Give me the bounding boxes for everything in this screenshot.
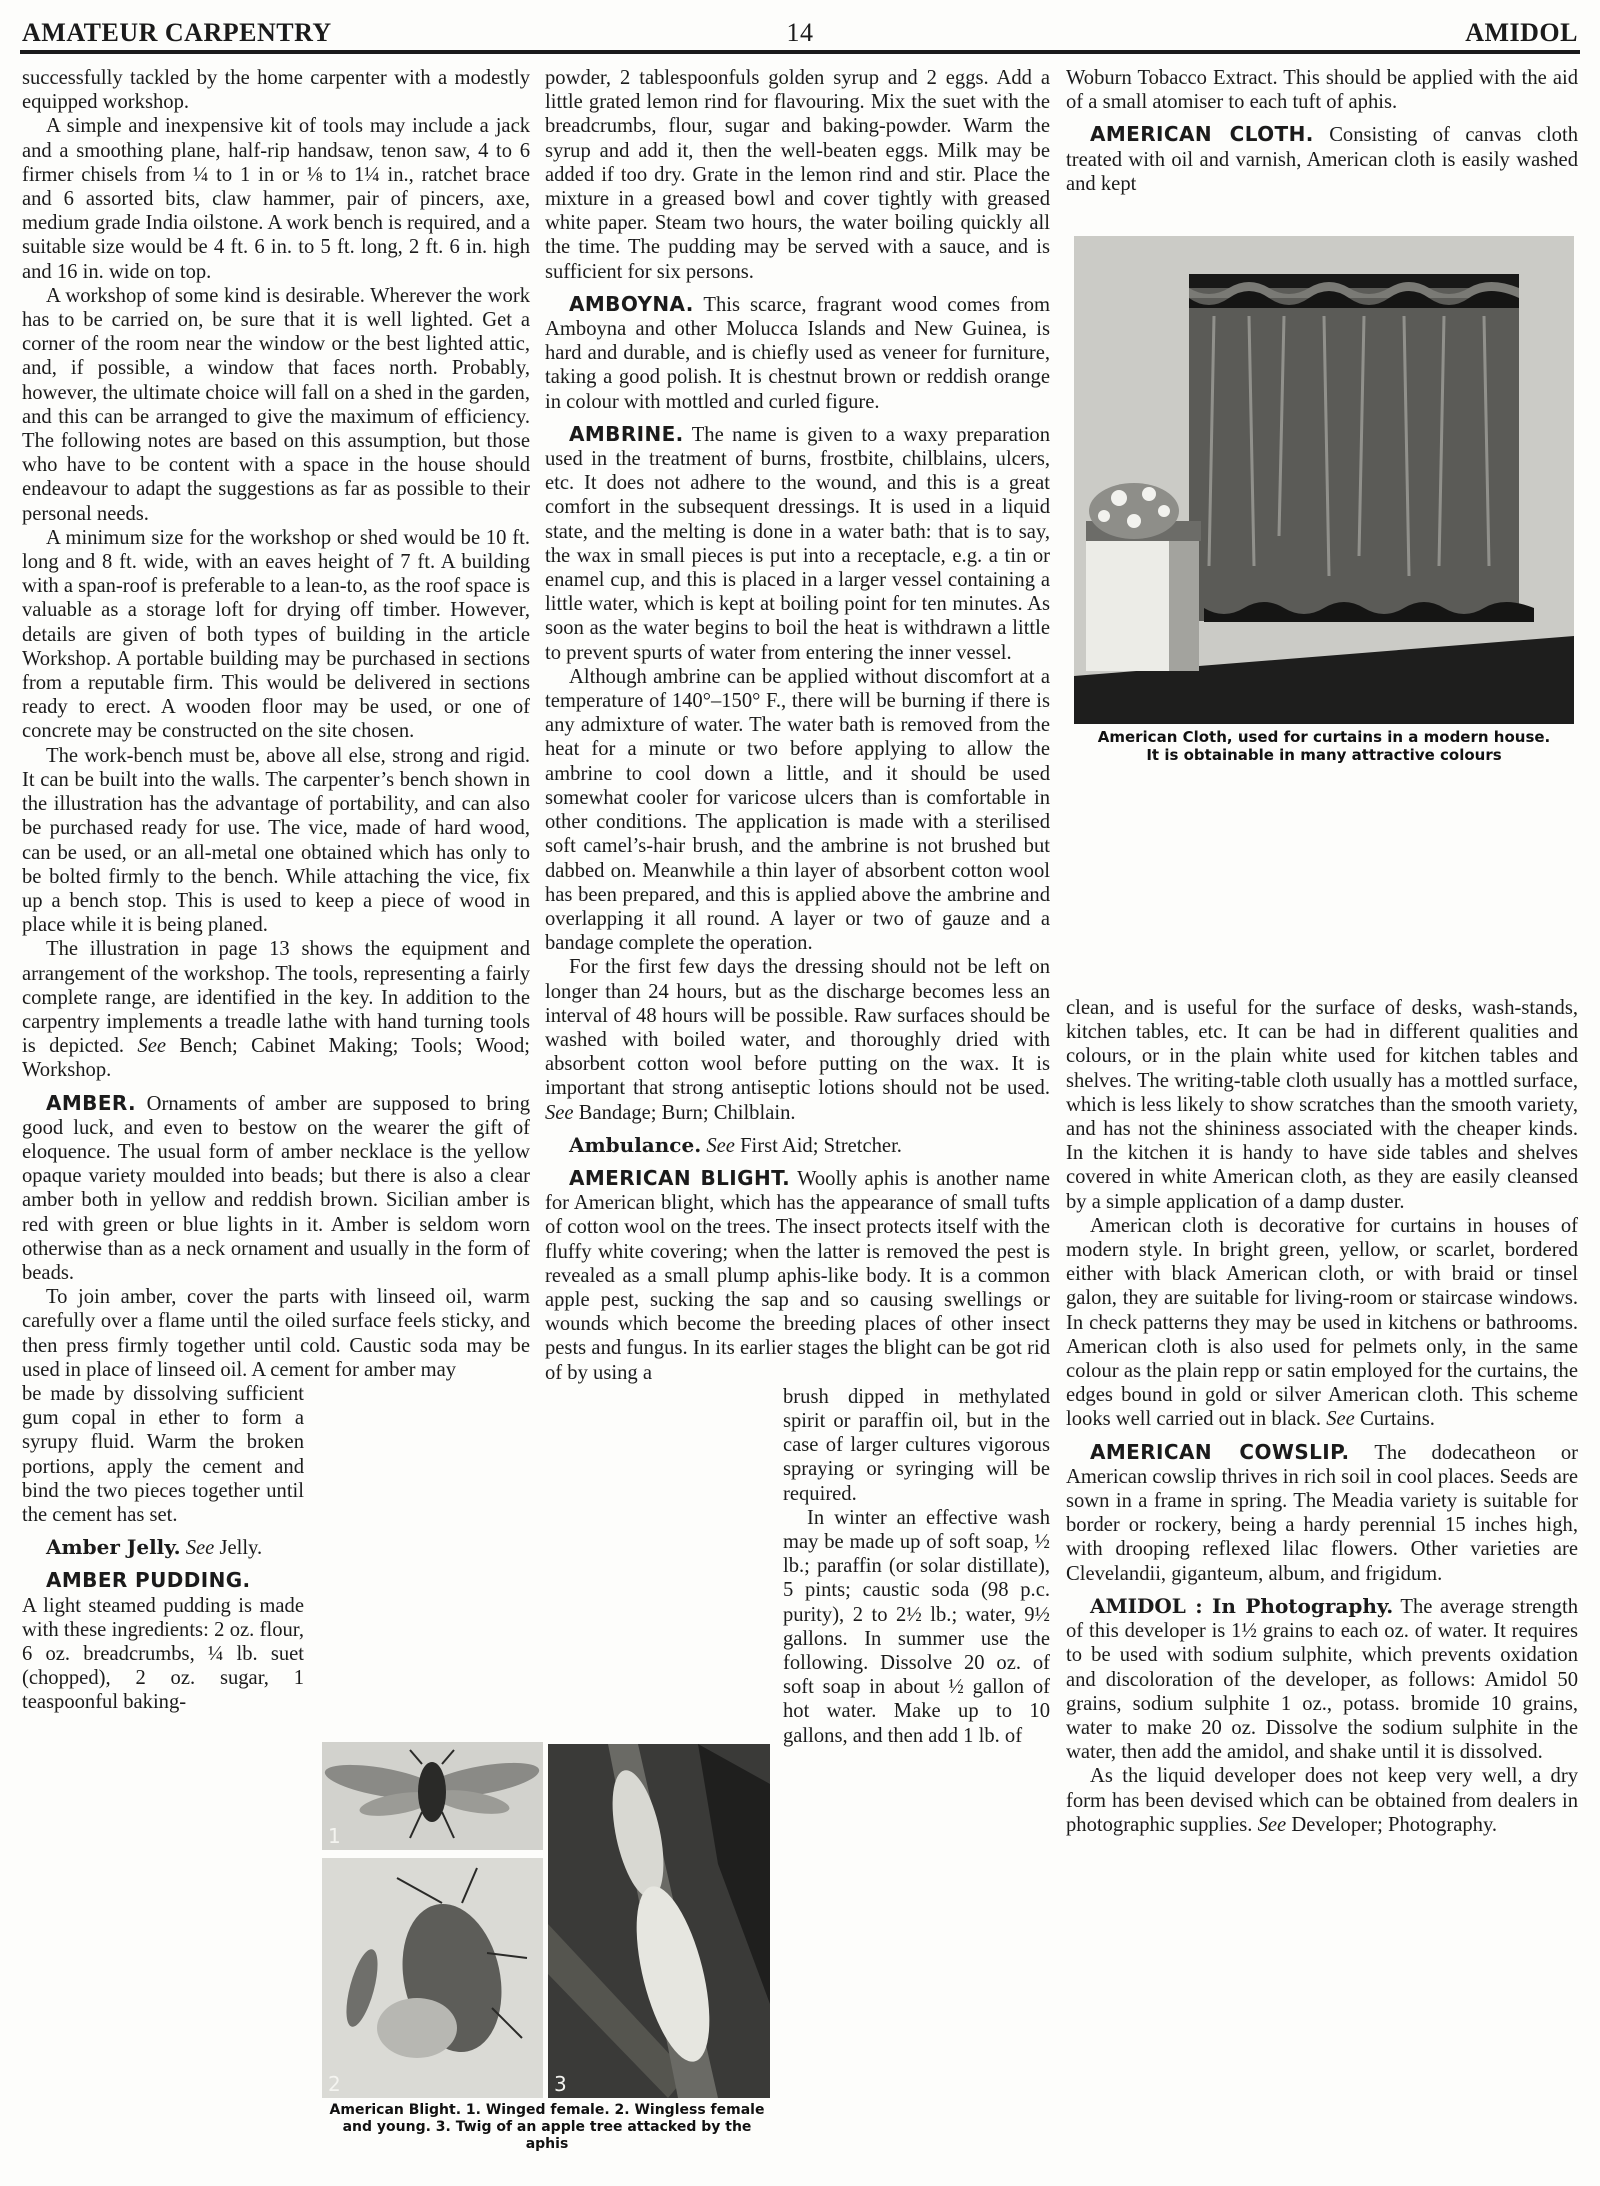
headword: AMBOYNA. bbox=[569, 292, 694, 316]
paragraph: The illustration in page 13 shows the eq… bbox=[22, 937, 530, 1082]
header-rule bbox=[20, 50, 1580, 54]
running-head-right: AMIDOL bbox=[1465, 18, 1578, 48]
wrapped-text: be made by dissolving sufficient gum cop… bbox=[22, 1382, 304, 1715]
entry-amber: AMBER. Ornaments of amber are supposed t… bbox=[22, 1091, 530, 1286]
paragraph: The work-bench must be, above all else, … bbox=[22, 744, 530, 938]
headword: AMERICAN BLIGHT. bbox=[569, 1166, 790, 1190]
entry-amber-pudding: AMBER PUDDING. bbox=[22, 1568, 304, 1593]
entry-american-cloth: AMERICAN CLOTH. Consisting of canvas clo… bbox=[1066, 122, 1578, 196]
paragraph: successfully tackled by the home carpent… bbox=[22, 66, 530, 114]
running-head-left: AMATEUR CARPENTRY bbox=[22, 18, 332, 48]
curtain-photo bbox=[1074, 236, 1574, 724]
column-1: successfully tackled by the home carpent… bbox=[22, 66, 530, 1715]
headword: AMBER. bbox=[46, 1091, 136, 1115]
paragraph: To join amber, cover the parts with lins… bbox=[22, 1285, 530, 1382]
panel-label: 3 bbox=[554, 2072, 567, 2096]
paragraph: powder, 2 tablespoonfuls golden syrup an… bbox=[545, 66, 1050, 284]
apple-twig-photo: 3 bbox=[548, 1744, 770, 2098]
entry-amboyna: AMBOYNA. This scarce, fragrant wood come… bbox=[545, 292, 1050, 414]
see-reference: See bbox=[137, 1035, 166, 1057]
page-number: 14 bbox=[787, 18, 814, 48]
panel-label: 2 bbox=[328, 2072, 341, 2096]
entry-american-blight: AMERICAN BLIGHT. Woolly aphis is another… bbox=[545, 1166, 1050, 1385]
paragraph: A minimum size for the workshop or shed … bbox=[22, 526, 530, 744]
headword: AMIDOL : In Photography. bbox=[1090, 1594, 1393, 1618]
figure-american-blight: 1 2 3 bbox=[322, 1742, 772, 2153]
paragraph: For the first few days the dressing shou… bbox=[545, 955, 1050, 1124]
headword: AMERICAN CLOTH. bbox=[1090, 122, 1314, 146]
headword: Amber Jelly. bbox=[46, 1535, 181, 1559]
running-head: AMATEUR CARPENTRY 14 AMIDOL bbox=[22, 12, 1578, 48]
entry-ambulance: Ambulance. See First Aid; Stretcher. bbox=[545, 1133, 1050, 1158]
entry-american-cowslip: AMERICAN COWSLIP. The dodecatheon or Ame… bbox=[1066, 1440, 1578, 1586]
paragraph: Although ambrine can be applied without … bbox=[545, 665, 1050, 955]
winged-aphis-photo: 1 bbox=[322, 1742, 543, 1850]
paragraph: be made by dissolving sufficient gum cop… bbox=[22, 1382, 304, 1527]
panel-label: 1 bbox=[328, 1824, 341, 1848]
paragraph: As the liquid developer does not keep ve… bbox=[1066, 1764, 1578, 1837]
paragraph: brush dipped in methylated spirit or par… bbox=[783, 1385, 1050, 1506]
entry-amidol: AMIDOL : In Photography. The average str… bbox=[1066, 1594, 1578, 1764]
wrapped-text: brush dipped in methylated spirit or par… bbox=[783, 1385, 1050, 1748]
paragraph: clean, and is useful for the surface of … bbox=[1066, 996, 1578, 1214]
wingless-aphis-photo: 2 bbox=[322, 1858, 543, 2098]
figure-caption: American Blight. 1. Winged female. 2. Wi… bbox=[322, 2102, 772, 2153]
paragraph: A simple and inexpensive kit of tools ma… bbox=[22, 114, 530, 283]
paragraph: A workshop of some kind is desirable. Wh… bbox=[22, 284, 530, 526]
headword: AMERICAN COWSLIP. bbox=[1090, 1440, 1350, 1464]
paragraph: Woburn Tobacco Extract. This should be a… bbox=[1066, 66, 1578, 114]
entry-ambrine: AMBRINE. The name is given to a waxy pre… bbox=[545, 422, 1050, 665]
entry-amber-jelly: Amber Jelly. See Jelly. bbox=[22, 1535, 304, 1560]
figure-american-cloth: American Cloth, used for curtains in a m… bbox=[1068, 236, 1580, 764]
headword: AMBRINE. bbox=[569, 422, 684, 446]
paragraph: American cloth is decorative for curtain… bbox=[1066, 1214, 1578, 1432]
figure-caption: American Cloth, used for curtains in a m… bbox=[1068, 728, 1580, 764]
paragraph: A light steamed pudding is made with the… bbox=[22, 1594, 304, 1715]
headword: Ambulance. bbox=[569, 1133, 701, 1157]
paragraph: In winter an effective wash may be made … bbox=[783, 1506, 1050, 1748]
column-2: powder, 2 tablespoonfuls golden syrup an… bbox=[545, 66, 1050, 1748]
headword: AMBER PUDDING. bbox=[46, 1568, 251, 1592]
